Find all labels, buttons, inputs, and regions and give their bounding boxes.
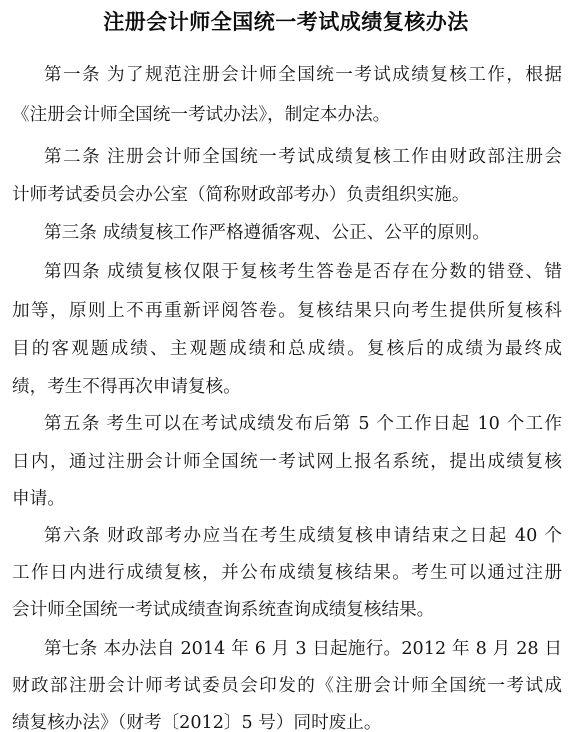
article-text: 绩，考生不得再次申请复核。	[12, 377, 241, 397]
article-7-line-1: 第七条本办法自 2014 年 6 月 3 日起施行。2012 年 8 月 28 …	[44, 634, 562, 664]
article-4-line-4: 绩，考生不得再次申请复核。	[12, 372, 562, 402]
article-text: 财政部考办应当在考生成绩复核申请结束之日起 40 个	[107, 526, 562, 546]
article-label: 第七条	[44, 639, 97, 659]
article-5-line-2: 日内，通过注册会计师全国统一考试网上报名系统，提出成绩复核	[12, 447, 562, 477]
article-text: 成绩复核仅限于复核考生答卷是否存在分数的错登、错	[107, 262, 562, 282]
article-3-line-1: 第三条成绩复核工作严格遵循客观、公正、公平的原则。	[44, 218, 562, 248]
article-4-line-1: 第四条成绩复核仅限于复核考生答卷是否存在分数的错登、错	[44, 257, 562, 287]
article-6-line-1: 第六条财政部考办应当在考生成绩复核申请结束之日起 40 个	[44, 521, 562, 551]
article-text: 申请。	[12, 489, 65, 509]
article-6-line-3: 会计师全国统一考试成绩查询系统查询成绩复核结果。	[12, 595, 562, 625]
article-7-line-3: 绩复核办法》（财考〔2012〕5 号）同时废止。	[12, 708, 562, 732]
article-label: 第四条	[44, 262, 101, 282]
article-1-line-2: 《注册会计师全国统一考试办法》，制定本办法。	[12, 100, 562, 130]
article-text: 考生可以在考试成绩发布后第 5 个工作日起 10 个工作	[107, 414, 562, 434]
article-text: 绩复核办法》（财考〔2012〕5 号）同时废止。	[12, 713, 381, 732]
article-text: 成绩复核工作严格遵循客观、公正、公平的原则。	[103, 223, 490, 243]
article-text: 财政部注册会计师考试委员会印发的《注册会计师全国统一考试成	[12, 676, 562, 696]
article-4-line-2: 加等，原则上不再重新评阅答卷。复核结果只向考生提供所复核科	[12, 296, 562, 326]
article-text: 工作日内进行成绩复核，并公布成绩复核结果。考生可以通过注册	[12, 563, 562, 583]
article-label: 第六条	[44, 526, 101, 546]
article-label: 第二条	[44, 147, 101, 167]
article-text: 目的客观题成绩、主观题成绩和总成绩。复核后的成绩为最终成	[12, 339, 562, 359]
article-label: 第一条	[44, 65, 101, 85]
document-title: 注册会计师全国统一考试成绩复核办法	[0, 6, 572, 38]
article-text: 日内，通过注册会计师全国统一考试网上报名系统，提出成绩复核	[12, 452, 562, 472]
article-text: 本办法自 2014 年 6 月 3 日起施行。2012 年 8 月 28 日	[103, 639, 562, 659]
article-2-line-1: 第二条注册会计师全国统一考试成绩复核工作由财政部注册会	[44, 142, 562, 172]
article-5-line-1: 第五条考生可以在考试成绩发布后第 5 个工作日起 10 个工作	[44, 409, 562, 439]
article-label: 第五条	[44, 414, 101, 434]
article-7-line-2: 财政部注册会计师考试委员会印发的《注册会计师全国统一考试成	[12, 671, 562, 701]
article-6-line-2: 工作日内进行成绩复核，并公布成绩复核结果。考生可以通过注册	[12, 558, 562, 588]
article-text: 《注册会计师全国统一考试办法》，制定本办法。	[12, 105, 390, 125]
article-text: 计师考试委员会办公室（简称财政部考办）负责组织实施。	[12, 185, 469, 205]
article-2-line-2: 计师考试委员会办公室（简称财政部考办）负责组织实施。	[12, 180, 562, 210]
article-text: 注册会计师全国统一考试成绩复核工作由财政部注册会	[107, 147, 562, 167]
article-text: 为了规范注册会计师全国统一考试成绩复核工作，根据	[107, 65, 562, 85]
article-label: 第三条	[44, 223, 97, 243]
article-text: 会计师全国统一考试成绩查询系统查询成绩复核结果。	[12, 600, 434, 620]
article-4-line-3: 目的客观题成绩、主观题成绩和总成绩。复核后的成绩为最终成	[12, 334, 562, 364]
article-5-line-3: 申请。	[12, 484, 562, 514]
article-1-line-1: 第一条为了规范注册会计师全国统一考试成绩复核工作，根据	[44, 60, 562, 90]
article-text: 加等，原则上不再重新评阅答卷。复核结果只向考生提供所复核科	[12, 301, 562, 321]
